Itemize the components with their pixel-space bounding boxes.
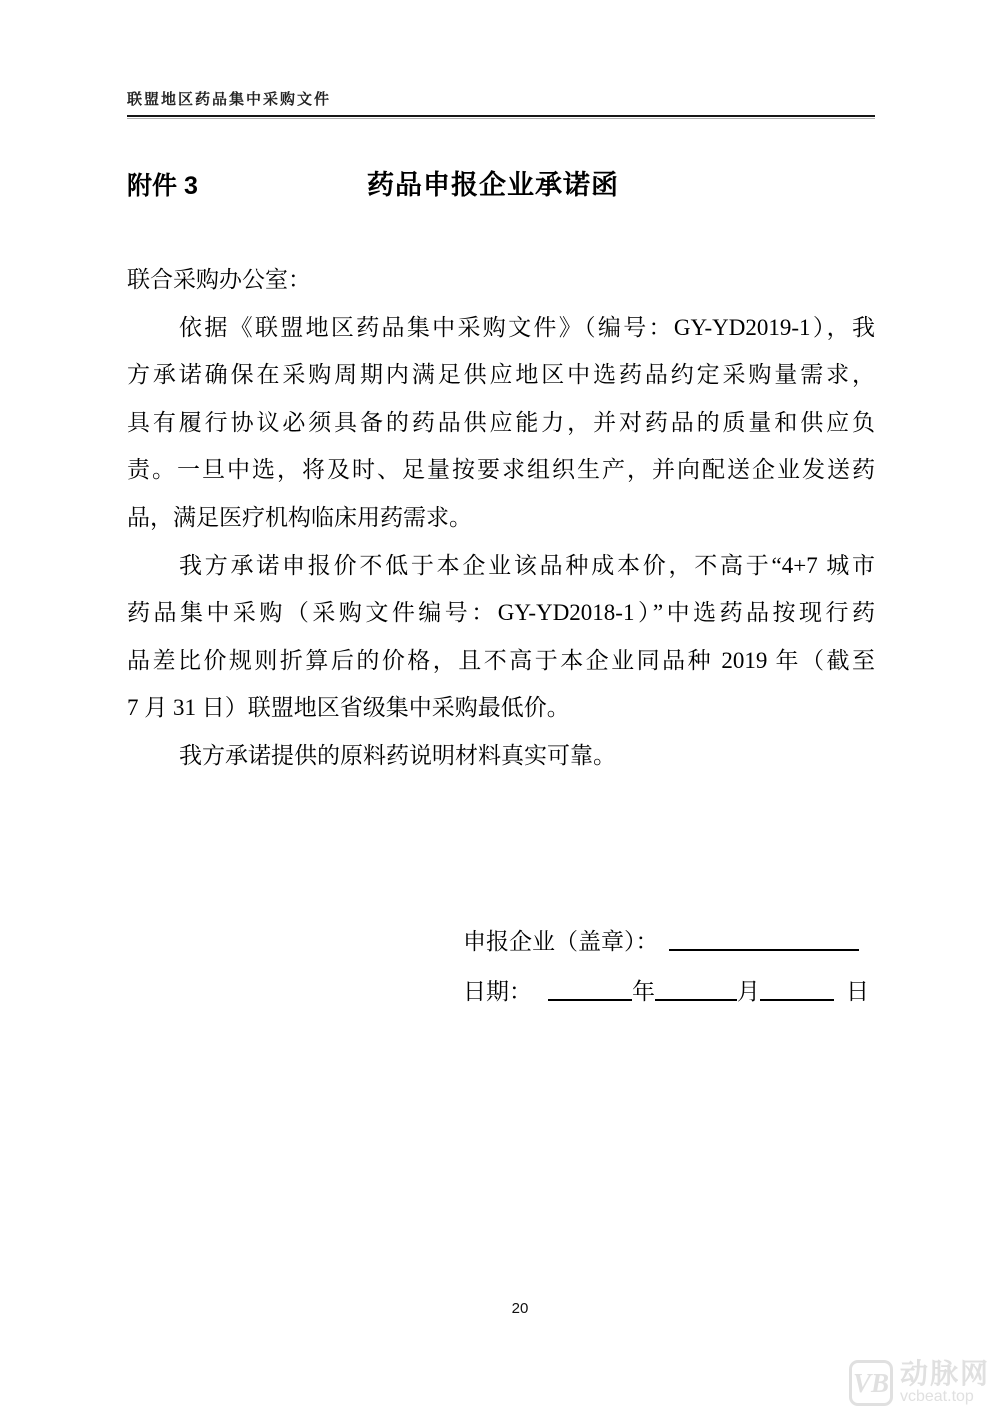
body-line: 我方承诺提供的原料药说明材料真实可靠。 xyxy=(127,732,875,780)
running-header: 联盟地区药品集中采购文件 xyxy=(127,88,331,109)
watermark-site: vcbeat.top xyxy=(900,1388,990,1406)
watermark-brand: 动脉网 xyxy=(900,1360,990,1388)
salutation-line: 联合采购办公室： xyxy=(127,256,875,304)
attachment-label: 附件 3 xyxy=(127,166,198,202)
document-page: 联盟地区药品集中采购文件 附件 3 药品申报企业承诺函 联合采购办公室： 依据《… xyxy=(0,0,1000,1414)
vcbeat-watermark: VB 动脉网 vcbeat.top xyxy=(849,1360,990,1406)
body-line: 方承诺确保在采购周期内满足供应地区中选药品约定采购量需求， xyxy=(127,351,875,399)
day-label: 日 xyxy=(846,979,869,1004)
month-label: 月 xyxy=(737,979,760,1004)
body-line: 品差比价规则折算后的价格，且不高于本企业同品种 2019 年（截至 xyxy=(127,637,875,685)
vcbeat-logo-icon: VB xyxy=(849,1360,893,1406)
body-line: 依据《联盟地区药品集中采购文件》（编号：GY-YD2019-1），我 xyxy=(127,304,875,352)
company-seal-label: 申报企业（盖章）： xyxy=(463,929,659,954)
signature-company-line: 申报企业（盖章）： xyxy=(463,917,869,967)
day-blank-line xyxy=(760,979,834,1001)
month-blank-line xyxy=(655,979,737,1001)
body-line: 品，满足医疗机构临床用药需求。 xyxy=(127,494,875,542)
signature-block: 申报企业（盖章）： 日期：年月日 xyxy=(463,917,869,1017)
page-title: 药品申报企业承诺函 xyxy=(367,163,619,202)
body-line: 具有履行协议必须具备的药品供应能力，并对药品的质量和供应负 xyxy=(127,399,875,447)
signature-date-line: 日期：年月日 xyxy=(463,967,869,1017)
body-line: 责。一旦中选，将及时、足量按要求组织生产，并向配送企业发送药 xyxy=(127,446,875,494)
year-label: 年 xyxy=(632,979,655,1004)
year-blank-line xyxy=(548,979,632,1001)
date-label: 日期： xyxy=(463,979,532,1004)
header-rule xyxy=(127,115,875,119)
letter-body: 联合采购办公室： 依据《联盟地区药品集中采购文件》（编号：GY-YD2019-1… xyxy=(127,256,875,780)
company-seal-blank-line xyxy=(669,929,859,951)
page-number: 20 xyxy=(0,1300,1000,1317)
body-line: 7 月 31 日）联盟地区省级集中采购最低价。 xyxy=(127,684,875,732)
body-line: 药品集中采购（采购文件编号：GY-YD2018-1）”中选药品按现行药 xyxy=(127,589,875,637)
watermark-text: 动脉网 vcbeat.top xyxy=(900,1360,990,1406)
body-line: 我方承诺申报价不低于本企业该品种成本价，不高于“4+7 城市 xyxy=(127,542,875,590)
